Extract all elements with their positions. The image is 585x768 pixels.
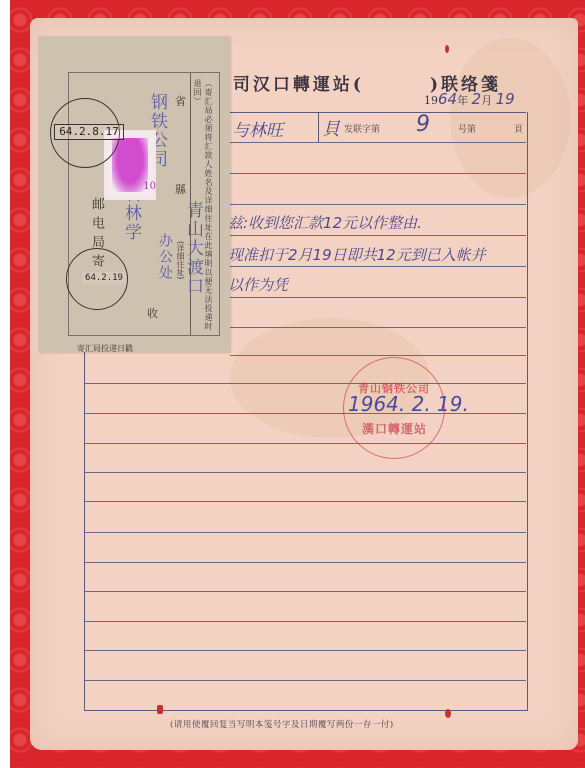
document-date: 1964年 2月 19 xyxy=(424,90,515,108)
ruled-line xyxy=(220,266,526,267)
company-seal-stamp: 青山钢铁公司 1964. 2. 19. 漢口轉運站 xyxy=(343,357,445,459)
red-ink-mark xyxy=(445,45,449,53)
page-label: 頁 xyxy=(514,122,523,135)
date-year: 64 xyxy=(438,90,457,108)
red-ink-mark xyxy=(157,705,163,714)
ruled-line xyxy=(85,650,526,651)
ruled-line xyxy=(85,680,526,681)
receive-label: 收 xyxy=(147,305,158,321)
ruled-line xyxy=(220,297,526,298)
title-left: ·司汉口轉運站( xyxy=(224,75,364,95)
handwritten-mark: 貝 xyxy=(322,115,340,141)
body-line-2: 现准扣于2月19日即共12元到已入帐并 xyxy=(228,244,486,265)
ruled-line xyxy=(85,443,526,444)
scan-margin xyxy=(0,0,10,768)
header-divider xyxy=(318,112,319,142)
envelope-bottom-text: 寄汇局投递日戳 xyxy=(77,343,133,354)
ruled-line xyxy=(220,173,526,174)
header-row: 与林旺 貝 发联字第 9 号第 頁 xyxy=(220,112,526,142)
ruled-line xyxy=(220,327,526,328)
postmark-date: 64.2.8.17 xyxy=(54,124,124,140)
stamp-value: 10 xyxy=(143,181,156,192)
date-century: 19 xyxy=(424,94,438,107)
county-label: 縣 xyxy=(175,181,186,197)
seal-bottom-text: 漢口轉運站 xyxy=(362,420,427,437)
ruled-line xyxy=(220,142,526,143)
handwritten-addressee-location: 青山大渡口 xyxy=(181,201,206,296)
red-ink-mark xyxy=(445,709,451,718)
ruled-line xyxy=(230,355,526,356)
date-year-label: 年 xyxy=(457,94,468,107)
reference-number: 9 xyxy=(416,112,430,137)
remittance-envelope: （寄汇局必须将汇款人姓名及详细住址在此填明以便无法投递时退回） (详细住址) 省… xyxy=(38,36,230,352)
ruled-line xyxy=(85,591,526,592)
reference-label: 发联字第 xyxy=(344,122,380,135)
date-month-label: 月 xyxy=(481,94,492,107)
number-label: 号第 xyxy=(458,122,476,135)
ruled-line xyxy=(220,235,526,236)
seal-handwritten-date: 1964. 2. 19. xyxy=(348,392,469,416)
ruled-line xyxy=(85,562,526,563)
ruled-line xyxy=(85,621,526,622)
ruled-line xyxy=(85,532,526,533)
postmark-2-date: 64.2.19 xyxy=(82,272,126,284)
body-line-3: 以作为凭 xyxy=(228,274,288,295)
ruled-line xyxy=(85,383,526,384)
sender-name: 与林旺 xyxy=(232,116,283,141)
ruled-line xyxy=(85,501,526,502)
footer-instruction: (请用使覆回复当写明本笺号字及日期覆写两份一存一付) xyxy=(170,718,394,730)
handwritten-extra: 办公处 xyxy=(155,233,175,281)
ruled-line xyxy=(85,472,526,473)
body-line-1: 兹:收到您汇款12元以作整由. xyxy=(228,212,422,233)
province-label: 省 xyxy=(175,93,186,109)
date-day: 19 xyxy=(496,90,515,108)
ruled-line xyxy=(220,204,526,205)
date-month: 2 xyxy=(472,90,482,108)
